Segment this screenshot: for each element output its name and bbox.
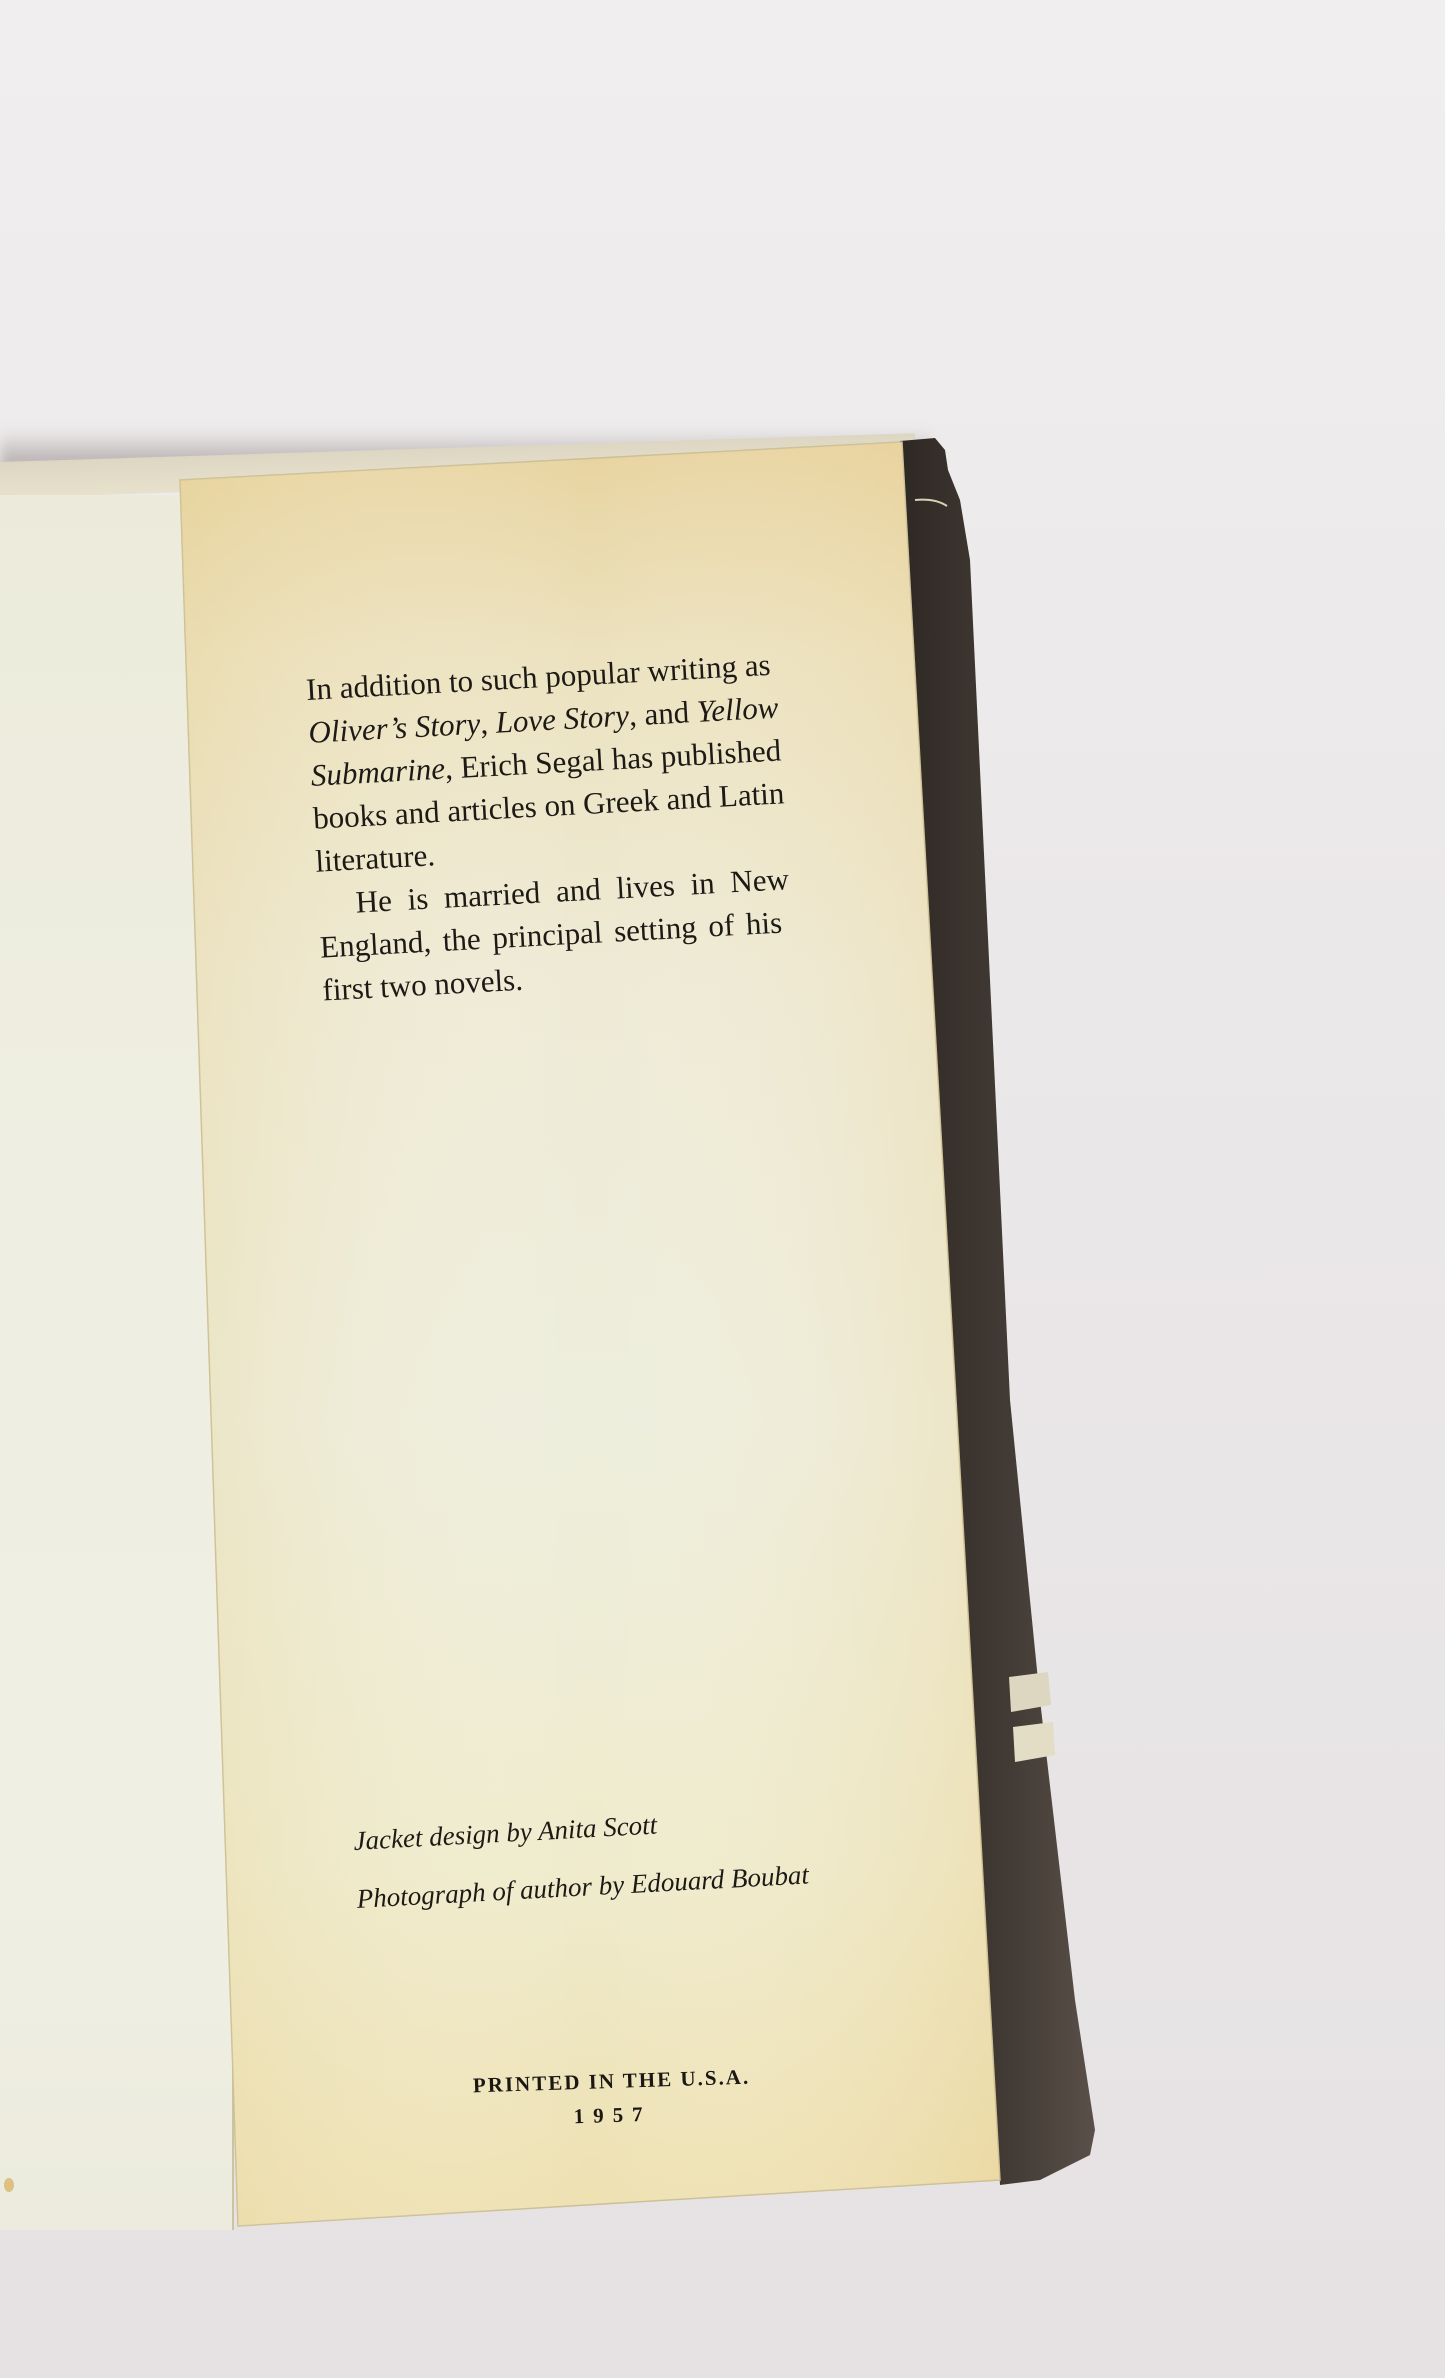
separator: , and <box>628 694 698 733</box>
imprint: PRINTED IN THE U.S.A. 1957 <box>466 2059 758 2136</box>
book-title: Love Story <box>495 698 630 740</box>
book-title: Oliver’s Story <box>308 706 482 750</box>
bio-paragraph-1: In addition to such popular writing as O… <box>305 640 836 883</box>
bio-paragraph-2: He is married and lives in New England, … <box>317 855 843 1012</box>
book-title: Yellow <box>696 689 779 728</box>
author-bio: In addition to such popular writing as O… <box>305 640 843 1012</box>
photo-scene: In addition to such popular writing as O… <box>0 0 1445 2378</box>
jacket-credits: Jacket design by Anita Scott Photograph … <box>352 1784 878 1928</box>
book-title: Submarine <box>310 751 446 793</box>
flap-text-layer: In addition to such popular writing as O… <box>0 0 1445 2378</box>
